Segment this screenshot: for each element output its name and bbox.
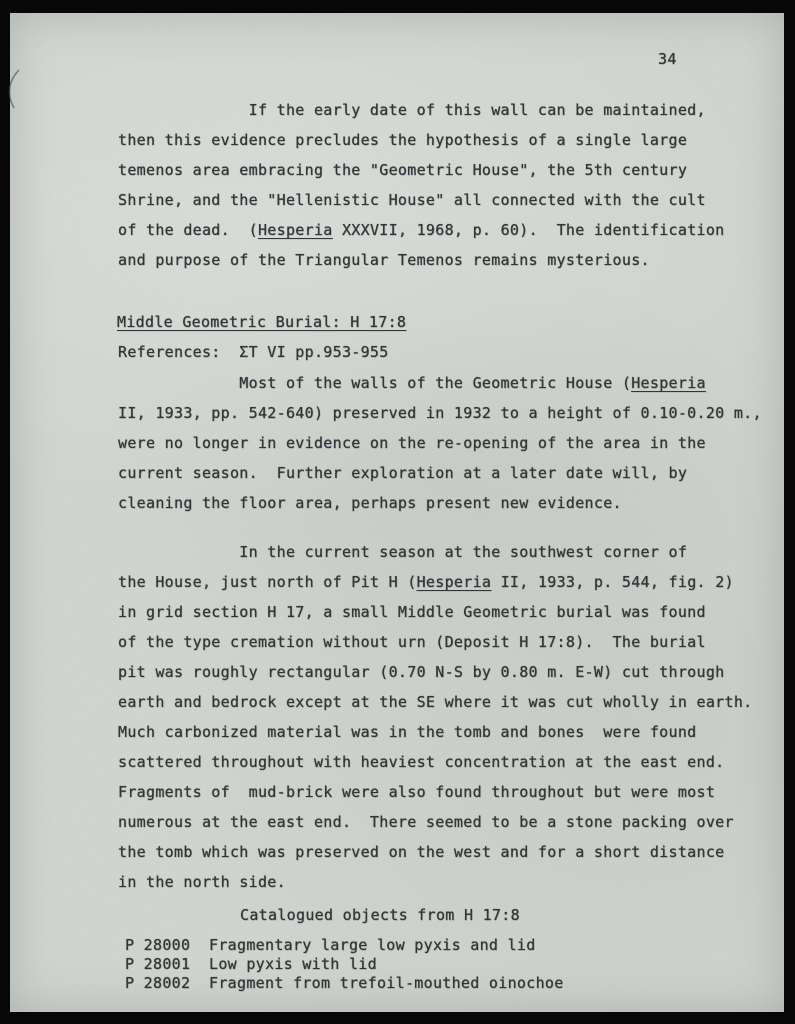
underlined-text: Hesperia [417, 573, 492, 591]
catalogue-row: P 28002 Fragment from trefoil-mouthed oi… [125, 974, 564, 993]
text-line: II, 1933, pp. 542-640) preserved in 1932… [118, 398, 762, 428]
catalogue-description: Fragmentary large low pyxis and lid [209, 936, 536, 954]
scanned-page: 34 If the early date of this wall can be… [0, 0, 795, 1024]
pen-mark [4, 68, 26, 112]
section-heading: Middle Geometric Burial: H 17:8 [117, 307, 406, 337]
text-line: scattered throughout with heaviest conce… [118, 747, 753, 777]
catalogue-id: P 28002 [125, 974, 190, 992]
paragraph-early-wall: If the early date of this wall can be ma… [118, 95, 725, 275]
paper: 34 If the early date of this wall can be… [10, 13, 784, 1012]
text-line: Most of the walls of the Geometric House… [118, 368, 762, 398]
text-line: In the current season at the southwest c… [118, 537, 753, 567]
catalogue-row: P 28000 Fragmentary large low pyxis and … [125, 936, 564, 955]
text-line: pit was roughly rectangular (0.70 N-S by… [118, 657, 753, 687]
text-line: temenos area embracing the "Geometric Ho… [118, 155, 725, 185]
page-number: 34 [658, 50, 677, 68]
catalogue-id: P 28001 [125, 955, 190, 973]
text-line: of the dead. (Hesperia XXXVII, 1968, p. … [118, 215, 725, 245]
text-line: earth and bedrock except at the SE where… [118, 687, 753, 717]
text-line: current season. Further exploration at a… [118, 458, 762, 488]
text-line: the tomb which was preserved on the west… [118, 837, 753, 867]
catalogue-id: P 28000 [125, 936, 190, 954]
catalogue-list: P 28000 Fragmentary large low pyxis and … [125, 936, 564, 993]
text-line: in the north side. [118, 867, 753, 897]
text-line: then this evidence precludes the hypothe… [118, 125, 725, 155]
text-line: of the type cremation without urn (Depos… [118, 627, 753, 657]
text-line: Fragments of mud-brick were also found t… [118, 777, 753, 807]
catalogue-row: P 28001 Low pyxis with lid [125, 955, 564, 974]
catalogue-title: Catalogued objects from H 17:8 [240, 900, 520, 930]
paragraph-burial-pit: In the current season at the southwest c… [118, 537, 753, 897]
text-line: the House, just north of Pit H (Hesperia… [118, 567, 753, 597]
text-line: Much carbonized material was in the tomb… [118, 717, 753, 747]
catalogue-description: Low pyxis with lid [209, 955, 377, 973]
text-line: numerous at the east end. There seemed t… [118, 807, 753, 837]
text-line: Shrine, and the "Hellenistic House" all … [118, 185, 725, 215]
paragraph-geometric-house: Most of the walls of the Geometric House… [118, 368, 762, 518]
text-line: were no longer in evidence on the re-ope… [118, 428, 762, 458]
text-line: If the early date of this wall can be ma… [118, 95, 725, 125]
text-line: cleaning the floor area, perhaps present… [118, 488, 762, 518]
catalogue-description: Fragment from trefoil-mouthed oinochoe [209, 974, 564, 992]
references-line: References: ΣT VI pp.953-955 [118, 337, 389, 367]
text-line: in grid section H 17, a small Middle Geo… [118, 597, 753, 627]
underlined-text: Hesperia [258, 221, 333, 239]
underlined-text: Hesperia [631, 374, 706, 392]
text-line: and purpose of the Triangular Temenos re… [118, 245, 725, 275]
